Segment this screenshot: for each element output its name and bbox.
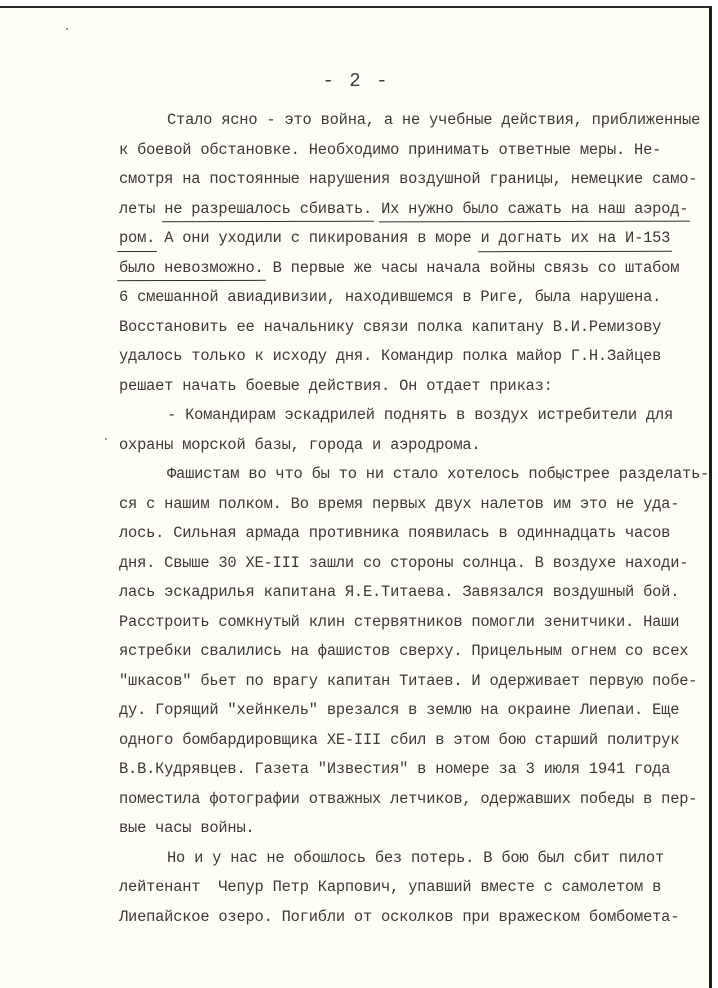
text-segment: В.В.Кудрявцев. Газета "Известия" в номер… — [119, 760, 670, 778]
text-line: ястребки свалились на фашистов сверху. П… — [119, 637, 679, 667]
page-number: - 2 - — [0, 70, 712, 92]
text-segment: Фашистам во что бы то ни стало хотелось … — [167, 465, 709, 483]
text-segment: Лиепайское озеро. Погибли от осколков пр… — [119, 908, 679, 926]
text-segment: одного бомбардировщика ХЕ-III сбил в это… — [119, 731, 679, 749]
text-line: вые часы войны. — [119, 814, 679, 844]
text-segment: В первые же часы начала войны связь со ш… — [264, 259, 680, 277]
text-segment: охраны морской базы, города и аэродрома. — [119, 436, 480, 454]
text-segment: дня. Свыше 30 ХЕ-III зашли со стороны со… — [119, 554, 688, 572]
text-line: ром. А они уходили с пикирования в море … — [119, 224, 679, 254]
text-line: лось. Сильная армада противника появилас… — [119, 519, 679, 549]
text-line: лась эскадрилья капитана Я.Е.Титаева. За… — [119, 578, 679, 608]
paper-speck — [560, 478, 562, 480]
text-line: лейтенант Чепур Петр Карпович, упавший в… — [119, 873, 679, 903]
text-segment: удалось только к исходу дня. Командир по… — [119, 347, 661, 365]
text-segment: к боевой обстановке. Необходимо принимат… — [119, 141, 661, 159]
text-segment: А они уходили с пикирования в море — [155, 229, 480, 247]
text-segment: лейтенант Чепур Петр Карпович, упавший в… — [119, 878, 661, 896]
text-segment: поместила фотографии отважных летчиков, … — [119, 790, 697, 808]
text-segment — [372, 200, 381, 218]
text-line: "шкасов" бьет по врагу капитан Титаев. И… — [119, 667, 679, 697]
text-line: ся с нашим полком. Во время первых двух … — [119, 490, 679, 520]
text-line: 6 смешанной авиадивизии, находившемся в … — [119, 283, 679, 313]
underlined-text: и догнать их на И-153 — [480, 229, 670, 247]
document-body: Стало ясно - это война, а не учебные дей… — [119, 106, 679, 932]
text-line: леты не разрешалось сбивать. Их нужно бы… — [119, 195, 679, 225]
underlined-text: было невозможно. — [119, 259, 264, 277]
text-line: Лиепайское озеро. Погибли от осколков пр… — [119, 903, 679, 933]
underlined-text: Их нужно было сажать на наш аэрод- — [381, 200, 688, 218]
text-line: Стало ясно - это война, а не учебные дей… — [119, 106, 679, 136]
paper-speck — [66, 28, 68, 30]
text-line: охраны морской базы, города и аэродрома. — [119, 431, 679, 461]
text-line: было невозможно. В первые же часы начала… — [119, 254, 679, 284]
text-line: дня. Свыше 30 ХЕ-III зашли со стороны со… — [119, 549, 679, 579]
text-segment: ду. Горящий "хейнкель" врезался в землю … — [119, 701, 679, 719]
text-segment: Восстановить ее начальнику связи полка к… — [119, 318, 661, 336]
text-line: удалось только к исходу дня. Командир по… — [119, 342, 679, 372]
text-segment: "шкасов" бьет по врагу капитан Титаев. И… — [119, 672, 697, 690]
paper-speck — [105, 438, 107, 440]
text-segment: лась эскадрилья капитана Я.Е.Титаева. За… — [119, 583, 679, 601]
text-line: Восстановить ее начальнику связи полка к… — [119, 313, 679, 343]
text-segment: ястребки свалились на фашистов сверху. П… — [119, 642, 688, 660]
text-line: Но и у нас не обошлось без потерь. В бою… — [119, 844, 679, 874]
underlined-text: ром. — [119, 229, 155, 247]
text-line: смотря на постоянные нарушения воздушной… — [119, 165, 679, 195]
text-segment: лось. Сильная армада противника появилас… — [119, 524, 670, 542]
text-line: В.В.Кудрявцев. Газета "Известия" в номер… — [119, 755, 679, 785]
text-line: Расстроить сомкнутый клин стервятников п… — [119, 608, 679, 638]
text-segment: решает начать боевые действия. Он отдает… — [119, 377, 553, 395]
text-segment: Но и у нас не обошлось без потерь. В бою… — [167, 849, 664, 867]
text-line: ду. Горящий "хейнкель" врезался в землю … — [119, 696, 679, 726]
text-segment: - Командирам эскадрилей поднять в воздух… — [167, 406, 673, 424]
text-segment: леты — [119, 200, 164, 218]
typewritten-page: - 2 - Стало ясно - это война, а не учебн… — [0, 6, 712, 988]
text-line: Фашистам во что бы то ни стало хотелось … — [119, 460, 679, 490]
text-segment: смотря на постоянные нарушения воздушной… — [119, 170, 697, 188]
text-segment: вые часы войны. — [119, 819, 255, 837]
text-line: поместила фотографии отважных летчиков, … — [119, 785, 679, 815]
text-line: - Командирам эскадрилей поднять в воздух… — [119, 401, 679, 431]
text-line: к боевой обстановке. Необходимо принимат… — [119, 136, 679, 166]
text-segment: ся с нашим полком. Во время первых двух … — [119, 495, 679, 513]
text-segment: Расстроить сомкнутый клин стервятников п… — [119, 613, 679, 631]
underlined-text: не разрешалось сбивать. — [164, 200, 372, 218]
text-segment: Стало ясно - это война, а не учебные дей… — [167, 111, 700, 129]
text-line: решает начать боевые действия. Он отдает… — [119, 372, 679, 402]
text-line: одного бомбардировщика ХЕ-III сбил в это… — [119, 726, 679, 756]
text-segment: 6 смешанной авиадивизии, находившемся в … — [119, 288, 661, 306]
